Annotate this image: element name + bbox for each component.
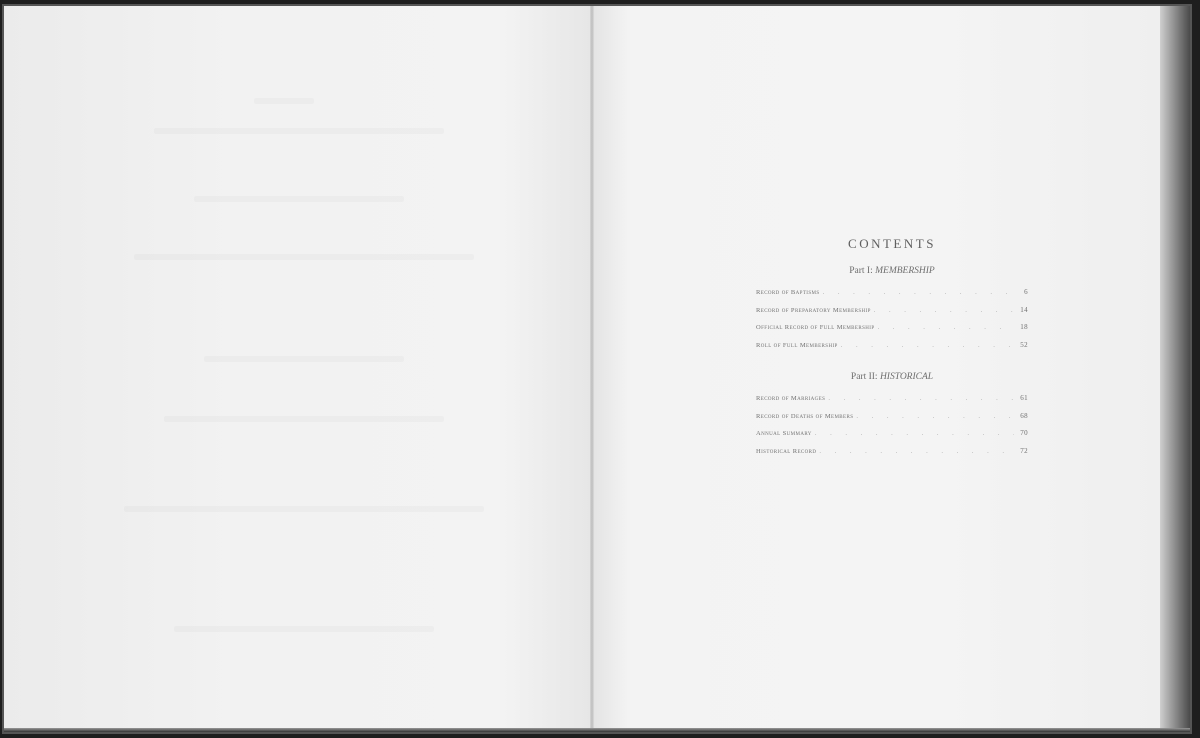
toc-entry-page: 72 — [1014, 447, 1028, 455]
show-through-mark — [204, 356, 404, 362]
show-through-mark — [254, 98, 314, 104]
toc-entry-page: 61 — [1014, 394, 1028, 402]
dot-leader — [823, 289, 1014, 296]
show-through-mark — [124, 506, 484, 512]
toc-entry[interactable]: Record of Marriages 61 — [756, 394, 1028, 412]
toc-entry[interactable]: Annual Summary 70 — [756, 429, 1028, 447]
part-prefix: Part I: — [849, 266, 872, 276]
toc-entry-page: 6 — [1014, 288, 1028, 296]
table-of-contents: CONTENTS Part I: MEMBERSHIP Record of Ba… — [756, 236, 1028, 464]
toc-list-part-2: Record of Marriages 61 Record of Deaths … — [756, 394, 1028, 464]
toc-entry-page: 52 — [1014, 341, 1028, 349]
show-through-mark — [194, 196, 404, 202]
toc-entry-label: Record of Preparatory Membership — [756, 307, 874, 314]
toc-entry-label: Record of Marriages — [756, 395, 828, 402]
dot-leader — [828, 395, 1014, 402]
contents-title: CONTENTS — [756, 236, 1028, 252]
toc-list-part-1: Record of Baptisms 6 Record of Preparato… — [756, 288, 1028, 358]
toc-entry-label: Historical Record — [756, 448, 819, 455]
toc-entry-page: 14 — [1014, 306, 1028, 314]
toc-entry-label: Official Record of Full Membership — [756, 324, 878, 331]
toc-entry-page: 68 — [1014, 412, 1028, 420]
toc-entry[interactable]: Record of Baptisms 6 — [756, 288, 1028, 306]
cover-edge-bottom — [4, 728, 1190, 732]
toc-entry[interactable]: Roll of Full Membership 52 — [756, 341, 1028, 359]
show-through-mark — [134, 254, 474, 260]
show-through-mark — [174, 626, 434, 632]
toc-entry[interactable]: Official Record of Full Membership 18 — [756, 323, 1028, 341]
part-heading-historical: Part II: HISTORICAL — [756, 372, 1028, 382]
dot-leader — [841, 342, 1014, 349]
dot-leader — [878, 324, 1014, 331]
dot-leader — [815, 430, 1014, 437]
toc-entry-label: Record of Deaths of Members — [756, 413, 856, 420]
toc-entry-page: 18 — [1014, 323, 1028, 331]
part-name: HISTORICAL — [880, 372, 933, 382]
toc-entry-label: Roll of Full Membership — [756, 342, 841, 349]
cover-edge — [1160, 6, 1190, 732]
show-through-mark — [154, 128, 444, 134]
dot-leader — [819, 448, 1014, 455]
toc-entry-page: 70 — [1014, 429, 1028, 437]
left-page — [4, 6, 592, 732]
part-prefix: Part II: — [851, 372, 878, 382]
toc-entry[interactable]: Record of Deaths of Members 68 — [756, 412, 1028, 430]
toc-entry-label: Record of Baptisms — [756, 289, 823, 296]
dot-leader — [874, 307, 1014, 314]
photo-scene: CONTENTS Part I: MEMBERSHIP Record of Ba… — [0, 0, 1200, 738]
part-heading-membership: Part I: MEMBERSHIP — [756, 266, 1028, 276]
toc-entry[interactable]: Record of Preparatory Membership 14 — [756, 306, 1028, 324]
toc-entry-label: Annual Summary — [756, 430, 815, 437]
show-through-mark — [164, 416, 444, 422]
part-name: MEMBERSHIP — [875, 266, 935, 276]
dot-leader — [856, 413, 1014, 420]
toc-entry[interactable]: Historical Record 72 — [756, 447, 1028, 465]
